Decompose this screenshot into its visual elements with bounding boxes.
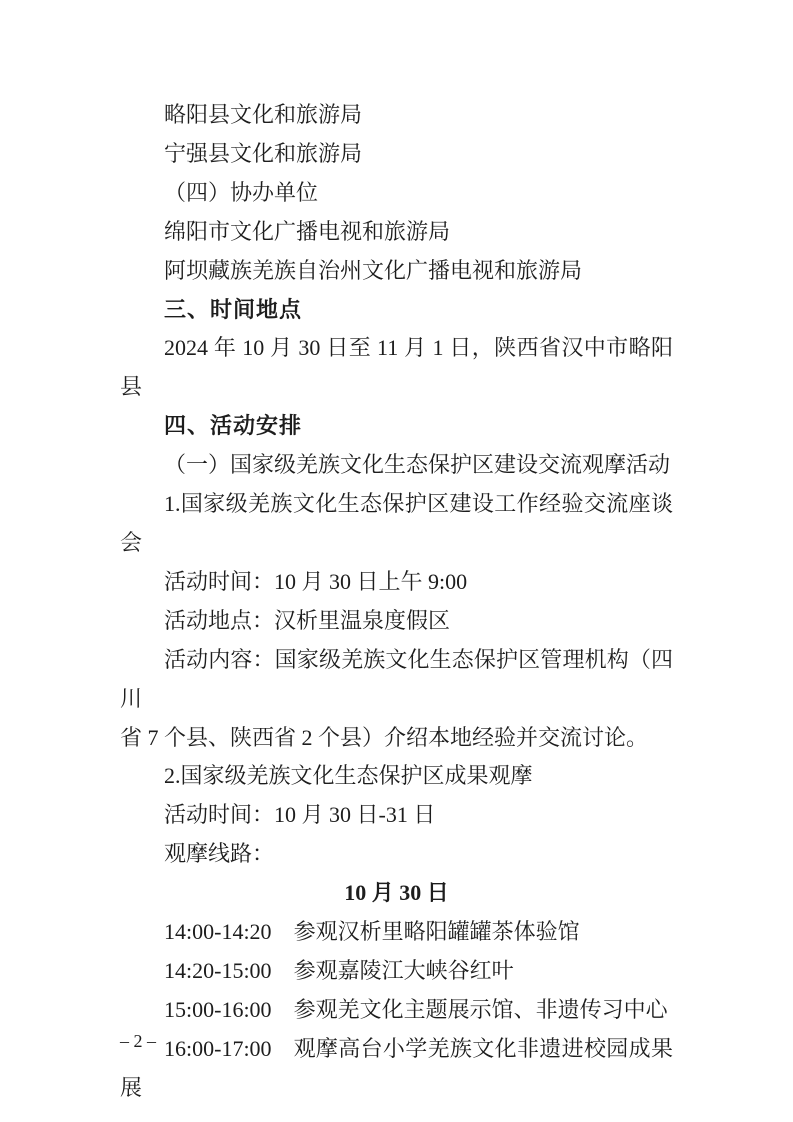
schedule-time: 16:00-17:00 bbox=[164, 1030, 272, 1069]
section-heading-time-place: 三、时间地点 bbox=[120, 291, 673, 330]
date-heading: 10 月 30 日 bbox=[120, 874, 673, 913]
subsection-heading: （一）国家级羌族文化生态保护区建设交流观摩活动 bbox=[120, 446, 673, 485]
paragraph-line: 2024 年 10 月 30 日至 11 月 1 日，陕西省汉中市略阳县 bbox=[120, 329, 673, 407]
schedule-activity: 参观汉析里略阳罐罐茶体验馆 bbox=[294, 913, 580, 952]
paragraph-line: 活动时间：10 月 30 日上午 9:00 bbox=[120, 563, 673, 602]
document-page: 略阳县文化和旅游局宁强县文化和旅游局（四）协办单位绵阳市文化广播电视和旅游局阿坝… bbox=[0, 0, 793, 1122]
document-body: 略阳县文化和旅游局宁强县文化和旅游局（四）协办单位绵阳市文化广播电视和旅游局阿坝… bbox=[120, 96, 673, 1108]
schedule-item: 14:20-15:00参观嘉陵江大峡谷红叶 bbox=[120, 952, 673, 991]
schedule-item: 16:00-17:00观摩高台小学羌族文化非遗进校园成果 bbox=[120, 1030, 673, 1069]
paragraph-line: 观摩线路： bbox=[120, 835, 673, 874]
section-heading-co-organizers: （四）协办单位 bbox=[120, 174, 673, 213]
organizer-line: 略阳县文化和旅游局 bbox=[120, 96, 673, 135]
page-number: – 2 – bbox=[120, 1030, 156, 1052]
schedule-activity: 参观嘉陵江大峡谷红叶 bbox=[294, 952, 514, 991]
schedule-activity: 参观羌文化主题展示馆、非遗传习中心 bbox=[294, 991, 668, 1030]
paragraph-line: 展 bbox=[120, 1069, 673, 1108]
paragraph-line: 会 bbox=[120, 524, 673, 563]
schedule-item: 14:00-14:20参观汉析里略阳罐罐茶体验馆 bbox=[120, 913, 673, 952]
schedule-time: 14:00-14:20 bbox=[164, 913, 272, 952]
paragraph-line: 1.国家级羌族文化生态保护区建设工作经验交流座谈 bbox=[120, 485, 673, 524]
organizer-line: 宁强县文化和旅游局 bbox=[120, 135, 673, 174]
paragraph-line: 活动时间：10 月 30 日-31 日 bbox=[120, 796, 673, 835]
paragraph-line: 2.国家级羌族文化生态保护区成果观摩 bbox=[120, 757, 673, 796]
co-organizer-line: 阿坝藏族羌族自治州文化广播电视和旅游局 bbox=[120, 252, 673, 291]
paragraph-line: 活动地点：汉析里温泉度假区 bbox=[120, 602, 673, 641]
paragraph-line: 省 7 个县、陕西省 2 个县）介绍本地经验并交流讨论。 bbox=[120, 719, 673, 758]
schedule-time: 14:20-15:00 bbox=[164, 952, 272, 991]
schedule-activity: 观摩高台小学羌族文化非遗进校园成果 bbox=[294, 1030, 673, 1069]
paragraph-line: 活动内容：国家级羌族文化生态保护区管理机构（四川 bbox=[120, 641, 673, 719]
schedule-item: 15:00-16:00参观羌文化主题展示馆、非遗传习中心 bbox=[120, 991, 673, 1030]
section-heading-activities: 四、活动安排 bbox=[120, 407, 673, 446]
co-organizer-line: 绵阳市文化广播电视和旅游局 bbox=[120, 213, 673, 252]
schedule-time: 15:00-16:00 bbox=[164, 991, 272, 1030]
